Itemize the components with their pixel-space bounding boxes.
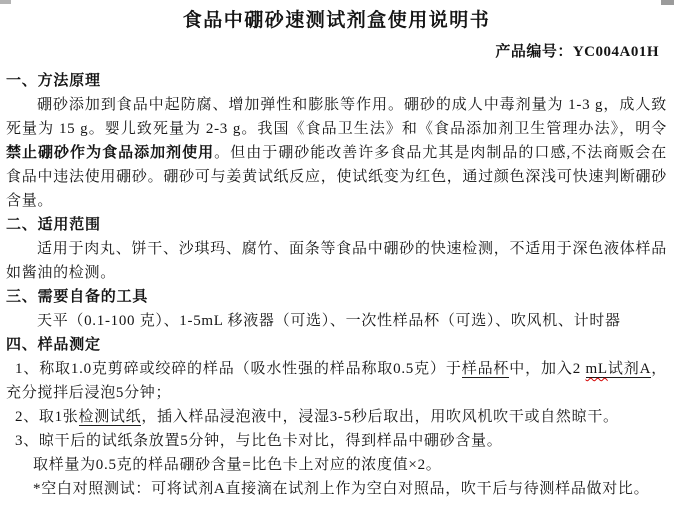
sample-cup-underlined: 样品杯 [462, 361, 510, 378]
section-heading-method-principle: 一、方法原理 [6, 69, 667, 93]
section-heading-scope: 二、适用范围 [6, 213, 667, 237]
product-code-line: 产品编号：YC004A01H [6, 41, 667, 63]
step1-text-a: 1、称取1.0克剪碎或绞碎的样品（吸水性强的样品称取0.5克）于 [15, 361, 462, 377]
section-heading-procedure: 四、样品测定 [6, 333, 667, 357]
ml-underlined-squiggle: mL [586, 361, 608, 378]
procedure-step-3: 3、晾干后的试纸条放置5分钟，与比色卡对比，得到样品中硼砂含量。 [6, 429, 667, 453]
step1-text-b: 中，加入2 [509, 361, 585, 377]
scope-paragraph: 适用于肉丸、饼干、沙琪玛、腐竹、面条等食品中硼砂的快速检测，不适用于深色液体样品… [6, 237, 667, 285]
product-code-value: YC004A01H [573, 44, 659, 60]
sampling-calculation-note: 取样量为0.5克的样品硼砂含量=比色卡上对应的浓度值×2。 [6, 453, 667, 477]
product-code-label: 产品编号： [495, 44, 573, 60]
test-strip-underlined: 检测试纸 [79, 409, 142, 426]
procedure-step-2: 2、取1张检测试纸，插入样品浸泡液中，浸湿3-5秒后取出，用吹风机吹干或自然晾干… [6, 405, 667, 429]
section-heading-tools: 三、需要自备的工具 [6, 285, 667, 309]
ban-statement-bold: 禁止硼砂作为食品添加剂使用 [6, 145, 214, 161]
method-principle-paragraph: 硼砂添加到食品中起防腐、增加弹性和膨胀等作用。硼砂的成人中毒剂量为 1-3 g，… [6, 93, 667, 213]
document-title: 食品中硼砂速测试剂盒使用说明书 [6, 8, 667, 34]
tools-paragraph: 天平（0.1-100 克）、1-5mL 移液器（可选）、一次性样品杯（可选）、吹… [6, 309, 667, 333]
method-text-before: 硼砂添加到食品中起防腐、增加弹性和膨胀等作用。硼砂的成人中毒剂量为 1-3 g，… [6, 97, 667, 137]
scan-artifact-top-left [0, 0, 11, 4]
reagent-a-underlined: 试剂A [608, 361, 651, 378]
step2-text-a: 2、取1张 [15, 409, 79, 425]
document-page: 食品中硼砂速测试剂盒使用说明书 产品编号：YC004A01H 一、方法原理 硼砂… [0, 0, 674, 512]
blank-control-note: *空白对照测试：可将试剂A直接滴在试剂上作为空白对照品，吹干后与待测样品做对比。 [6, 477, 667, 501]
scan-artifact-top-right [661, 0, 674, 5]
step2-text-b: ，插入样品浸泡液中，浸湿3-5秒后取出，用吹风机吹干或自然晾干。 [141, 409, 618, 425]
procedure-step-1: 1、称取1.0克剪碎或绞碎的样品（吸水性强的样品称取0.5克）于样品杯中，加入2… [6, 357, 667, 405]
